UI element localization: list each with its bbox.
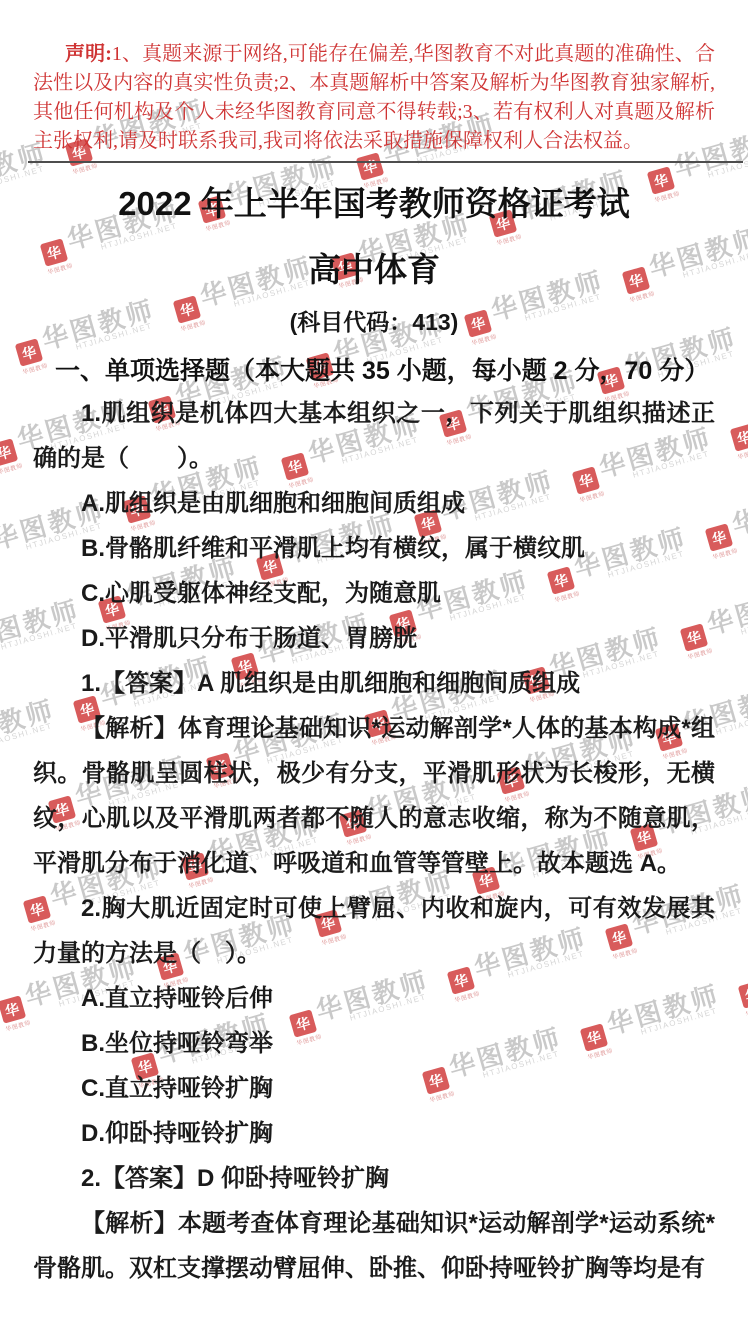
question-option: C.心肌受躯体神经支配，为随意肌 bbox=[33, 571, 715, 616]
section-heading: 一、单项选择题（本大题共 35 小题，每小题 2 分，70 分） bbox=[33, 351, 715, 391]
exam-subject-title: 高中体育 bbox=[33, 249, 715, 291]
divider bbox=[28, 161, 743, 163]
question-option: B.骨骼肌纤维和平滑肌上均有横纹，属于横纹肌 bbox=[33, 526, 715, 571]
document-page: 华华图教师华图教师HTJIAOSHI.NET华华图教师华图教师HTJIAOSHI… bbox=[0, 0, 748, 1335]
question-option: B.坐位持哑铃弯举 bbox=[33, 1021, 715, 1066]
disclaimer-text: 1、真题来源于网络,可能存在偏差,华图教育不对此真题的准确性、合法性以及内容的真… bbox=[33, 43, 715, 152]
question-option: A.肌组织是由肌细胞和细胞间质组成 bbox=[33, 481, 715, 526]
question-stem: 2.胸大肌近固定时可使上臂屈、内收和旋内，可有效发展其力量的方法是（ ）。 bbox=[33, 886, 715, 976]
subject-code: (科目代码：413) bbox=[33, 305, 715, 339]
answer-line: 1.【答案】A 肌组织是由肌细胞和细胞间质组成 bbox=[33, 661, 715, 706]
questions-container: 1.肌组织是机体四大基本组织之一，下列关于肌组织描述正确的是（ ）。A.肌组织是… bbox=[33, 391, 715, 1291]
question-option: A.直立持哑铃后伸 bbox=[33, 976, 715, 1021]
page-title: 2022 年上半年国考教师资格证考试 bbox=[33, 183, 715, 225]
disclaimer: 声明:1、真题来源于网络,可能存在偏差,华图教育不对此真题的准确性、合法性以及内… bbox=[33, 40, 715, 156]
question-block: 1.肌组织是机体四大基本组织之一，下列关于肌组织描述正确的是（ ）。A.肌组织是… bbox=[33, 391, 715, 886]
answer-line: 2.【答案】D 仰卧持哑铃扩胸 bbox=[33, 1156, 715, 1201]
question-stem: 1.肌组织是机体四大基本组织之一，下列关于肌组织描述正确的是（ ）。 bbox=[33, 391, 715, 481]
exam-document: 声明:1、真题来源于网络,可能存在偏差,华图教育不对此真题的准确性、合法性以及内… bbox=[0, 0, 748, 1291]
analysis-paragraph: 【解析】体育理论基础知识*运动解剖学*人体的基本构成*组织。骨骼肌呈圆柱状，极少… bbox=[33, 706, 715, 886]
disclaimer-label: 声明: bbox=[65, 43, 112, 65]
question-option: C.直立持哑铃扩胸 bbox=[33, 1066, 715, 1111]
analysis-paragraph: 【解析】本题考查体育理论基础知识*运动解剖学*运动系统*骨骼肌。双杠支撑摆动臂屈… bbox=[33, 1201, 715, 1291]
question-option: D.仰卧持哑铃扩胸 bbox=[33, 1111, 715, 1156]
question-block: 2.胸大肌近固定时可使上臂屈、内收和旋内，可有效发展其力量的方法是（ ）。A.直… bbox=[33, 886, 715, 1291]
question-option: D.平滑肌只分布于肠道、胃膀胱 bbox=[33, 616, 715, 661]
